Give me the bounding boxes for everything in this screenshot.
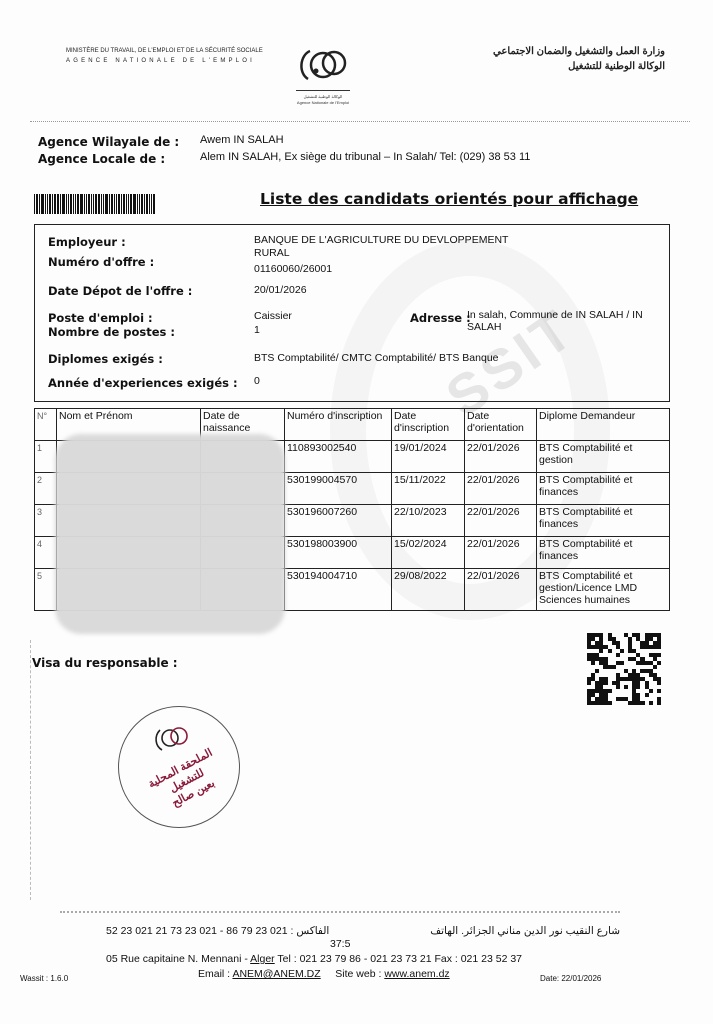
cell-num: 530196007260 <box>285 505 392 537</box>
experience-label: Année d'experiences exigés : <box>48 376 238 390</box>
cell-no: 2 <box>35 473 57 505</box>
cell-no: 5 <box>35 569 57 611</box>
cell-num: 530199004570 <box>285 473 392 505</box>
header-divider <box>30 121 690 122</box>
footer-extension: 37:5 <box>330 938 350 950</box>
footer-arabic-phones: 52 23 021 21 73 23 021 - 86 79 23 021 : … <box>106 925 329 937</box>
header-no: N° <box>35 409 57 441</box>
agency-name-fr: AGENCE NATIONALE DE L'EMPLOI <box>66 56 263 66</box>
cell-diplome: BTS Comptabilité et finances <box>537 505 670 537</box>
agence-wilayale-label: Agence Wilayale de : <box>38 135 179 149</box>
diplomes-value: BTS Comptabilité/ CMTC Comptabilité/ BTS… <box>254 352 499 364</box>
adresse-value-1: In salah, Commune de IN SALAH / IN <box>467 309 643 321</box>
poste-label: Poste d'emploi : <box>48 311 153 325</box>
scan-edge <box>30 640 40 900</box>
logo-divider <box>296 90 350 91</box>
cell-no: 4 <box>35 537 57 569</box>
cell-diplome: BTS Comptabilité et finances <box>537 473 670 505</box>
nombre-postes-label: Nombre de postes : <box>48 325 175 339</box>
cell-no: 3 <box>35 505 57 537</box>
redaction-blur <box>55 434 285 634</box>
footer-address-fr: 05 Rue capitaine N. Mennani - Alger Tel … <box>106 953 522 965</box>
agence-locale-value: Alem IN SALAH, Ex siège du tribunal – In… <box>200 151 530 163</box>
adresse-label: Adresse : <box>410 311 471 325</box>
cell-num: 530194004710 <box>285 569 392 611</box>
cell-diplome: BTS Comptabilité et gestion <box>537 441 670 473</box>
footer-divider <box>60 911 620 913</box>
employeur-value-1: BANQUE DE L'AGRICULTURE DU DEVLOPPEMENT <box>254 234 508 246</box>
cell-date-orientation: 22/01/2026 <box>465 505 537 537</box>
cell-date-orientation: 22/01/2026 <box>465 473 537 505</box>
footer-arabic-address: شارع النقيب نور الدين مناني الجزائر. اله… <box>430 925 620 937</box>
agence-wilayale-value: Awem IN SALAH <box>200 134 284 146</box>
date-depot-value: 20/01/2026 <box>254 284 307 296</box>
footer-contact: Email : ANEM@ANEM.DZ Site web : www.anem… <box>198 968 450 980</box>
cell-date-orientation: 22/01/2026 <box>465 569 537 611</box>
agency-name-ar: الوكالة الوطنية للتشغيل <box>405 59 665 74</box>
agence-locale-label: Agence Locale de : <box>38 152 165 166</box>
anem-logo-icon <box>296 45 350 85</box>
date-depot-label: Date Dépot de l'offre : <box>48 284 192 298</box>
cell-no: 1 <box>35 441 57 473</box>
cell-date-orientation: 22/01/2026 <box>465 441 537 473</box>
barcode-icon <box>34 194 220 214</box>
cell-date-inscription: 19/01/2024 <box>392 441 465 473</box>
numero-offre-value: 01160060/26001 <box>254 263 332 275</box>
cell-date-inscription: 22/10/2023 <box>392 505 465 537</box>
email-link[interactable]: ANEM@ANEM.DZ <box>232 968 320 980</box>
header-diplome: Diplome Demandeur <box>537 409 670 441</box>
print-date: Date: 22/01/2026 <box>540 974 601 983</box>
ministry-french: MINISTÈRE DU TRAVAIL, DE L'EMPLOI ET DE … <box>66 46 263 66</box>
cell-date-orientation: 22/01/2026 <box>465 537 537 569</box>
ministry-arabic: وزارة العمل والتشغيل والضمان الاجتماعي ا… <box>405 44 665 74</box>
stamp-logo-icon <box>152 724 192 754</box>
nombre-postes-value: 1 <box>254 324 260 336</box>
ministry-name-ar: وزارة العمل والتشغيل والضمان الاجتماعي <box>405 44 665 59</box>
footer-city: Alger <box>250 953 275 965</box>
visa-label: Visa du responsable : <box>32 656 178 670</box>
header-date-inscription: Date d'inscription <box>392 409 465 441</box>
logo-caption: الوكالة الوطنية للتشغيل Agence Nationale… <box>288 94 358 106</box>
cell-diplome: BTS Comptabilité et gestion/Licence LMD … <box>537 569 670 611</box>
employeur-label: Employeur : <box>48 235 126 249</box>
header-num: Numéro d'inscription <box>285 409 392 441</box>
employeur-value-2: RURAL <box>254 247 290 259</box>
cell-date-inscription: 15/11/2022 <box>392 473 465 505</box>
website-link[interactable]: www.anem.dz <box>384 968 449 980</box>
ministry-name-fr: MINISTÈRE DU TRAVAIL, DE L'EMPLOI ET DE … <box>66 46 263 56</box>
wassit-version: Wassit : 1.6.0 <box>20 974 68 983</box>
cell-date-inscription: 29/08/2022 <box>392 569 465 611</box>
diplomes-label: Diplomes exigés : <box>48 352 163 366</box>
cell-date-inscription: 15/02/2024 <box>392 537 465 569</box>
cell-diplome: BTS Comptabilité et finances <box>537 537 670 569</box>
adresse-value-2: SALAH <box>467 321 501 333</box>
cell-num: 110893002540 <box>285 441 392 473</box>
cell-num: 530198003900 <box>285 537 392 569</box>
header-date-orientation: Date d'orientation <box>465 409 537 441</box>
poste-value: Caissier <box>254 310 292 322</box>
qr-code-icon <box>587 633 661 705</box>
document-title: Liste des candidats orientés pour affich… <box>260 190 638 208</box>
numero-offre-label: Numéro d'offre : <box>48 255 154 269</box>
experience-value: 0 <box>254 375 260 387</box>
